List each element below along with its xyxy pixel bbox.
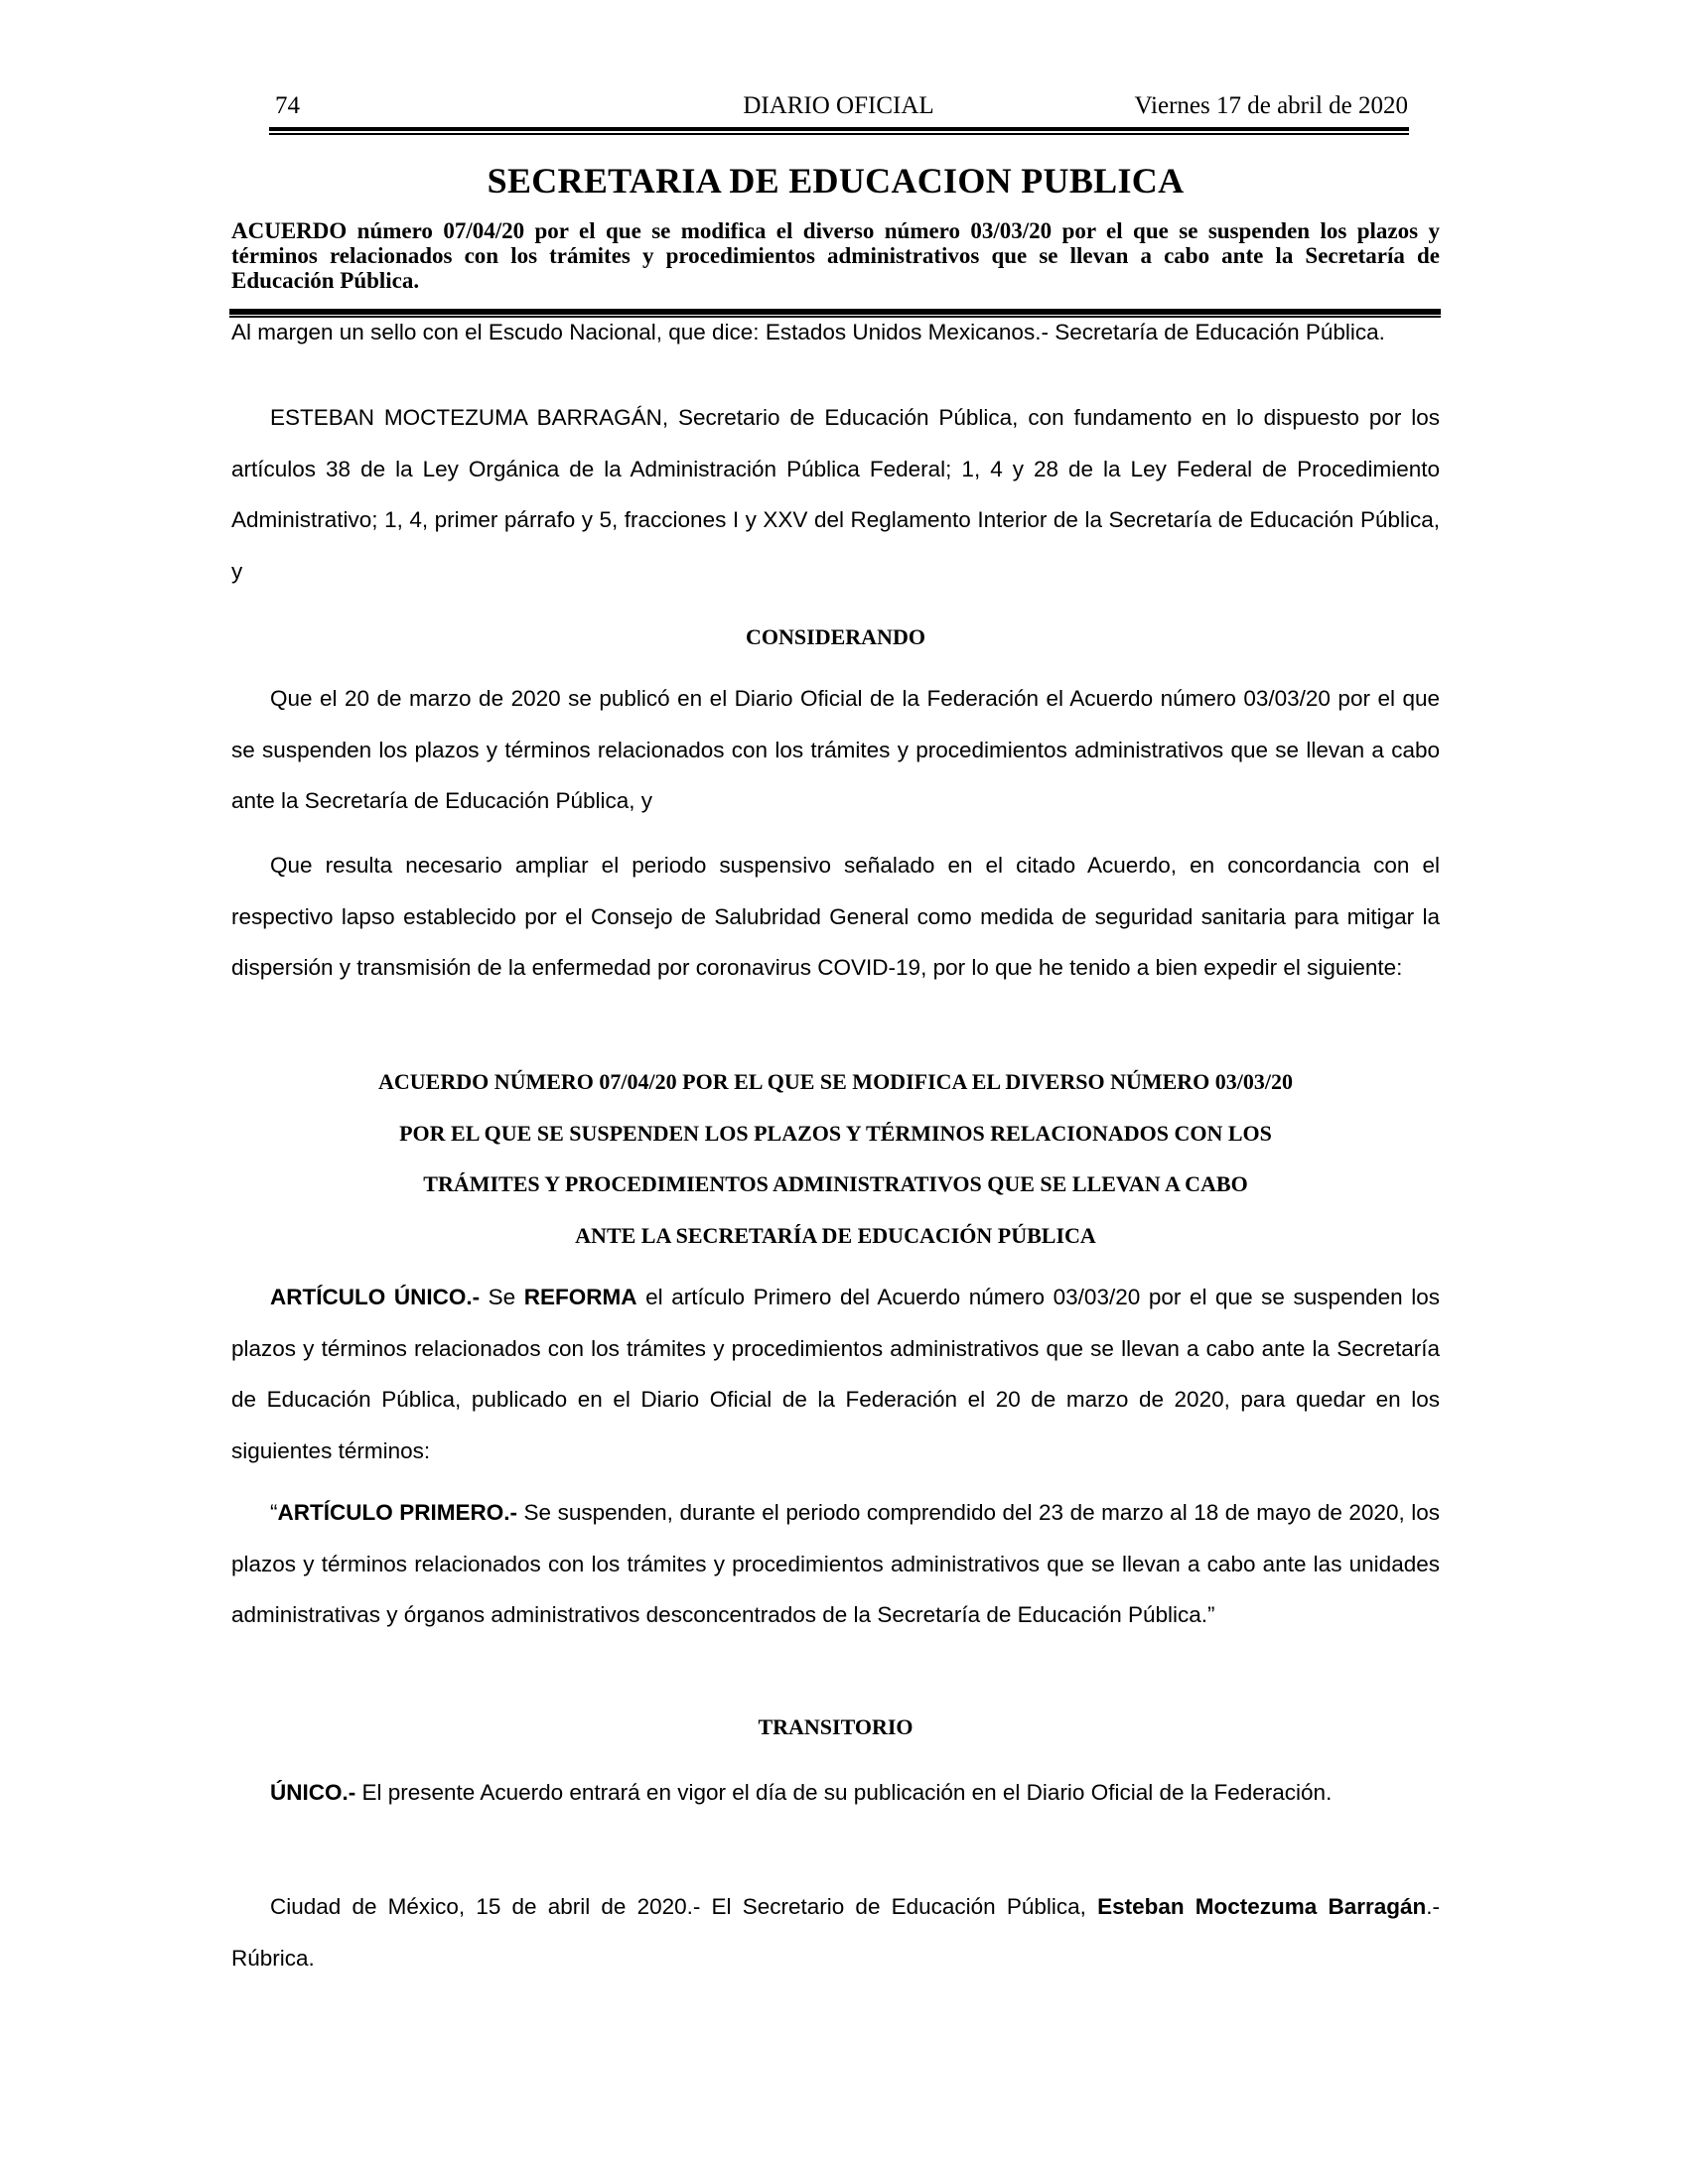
considerando-heading: CONSIDERANDO (231, 623, 1440, 651)
transitorio-label: ÚNICO.- (270, 1780, 355, 1805)
signer-name: Esteban Moctezuma Barragán (1097, 1894, 1426, 1919)
seal-note: Al margen un sello con el Escudo Naciona… (231, 320, 1440, 345)
articulo-unico-paragraph: ARTÍCULO ÚNICO.- Se REFORMA el artículo … (231, 1272, 1440, 1476)
articulo-unico-pre: Se (480, 1285, 524, 1309)
signature-paragraph: Ciudad de México, 15 de abril de 2020.- … (231, 1881, 1440, 1983)
acuerdo-heading-line-1: ACUERDO NÚMERO 07/04/20 POR EL QUE SE MO… (231, 1056, 1440, 1108)
transitorio-paragraph: ÚNICO.- El presente Acuerdo entrará en v… (231, 1767, 1440, 1819)
articulo-primero-paragraph: “ARTÍCULO PRIMERO.- Se suspenden, durant… (231, 1487, 1440, 1641)
articulo-primero-label: ARTÍCULO PRIMERO.- (278, 1500, 518, 1525)
summary-rule-thick (229, 309, 1441, 315)
open-quote: “ (270, 1500, 278, 1525)
acuerdo-heading-line-2: POR EL QUE SE SUSPENDEN LOS PLAZOS Y TÉR… (231, 1108, 1440, 1160)
articulo-unico-label: ARTÍCULO ÚNICO.- (270, 1285, 480, 1309)
publication-date: Viernes 17 de abril de 2020 (1134, 93, 1408, 119)
document-summary: ACUERDO número 07/04/20 por el que se mo… (231, 218, 1440, 293)
considerando-paragraph-1: Que el 20 de marzo de 2020 se publicó en… (231, 673, 1440, 827)
header-rule-thin (269, 133, 1409, 135)
preamble-paragraph: ESTEBAN MOCTEZUMA BARRAGÁN, Secretario d… (231, 392, 1440, 597)
header-double-rule (269, 127, 1409, 135)
considerando-paragraph-2: Que resulta necesario ampliar el periodo… (231, 840, 1440, 994)
transitorio-text: El presente Acuerdo entrará en vigor el … (355, 1780, 1332, 1805)
summary-rule-thin (229, 316, 1441, 318)
section-title: SECRETARIA DE EDUCACION PUBLICA (231, 159, 1440, 203)
header-rule-thick (269, 127, 1409, 131)
articulo-unico-verb: REFORMA (524, 1285, 637, 1309)
acuerdo-heading-line-3: TRÁMITES Y PROCEDIMIENTOS ADMINISTRATIVO… (231, 1159, 1440, 1210)
transitorio-heading: TRANSITORIO (231, 1713, 1440, 1741)
acuerdo-heading: ACUERDO NÚMERO 07/04/20 POR EL QUE SE MO… (231, 1056, 1440, 1261)
running-header: 74 DIARIO OFICIAL Viernes 17 de abril de… (269, 93, 1408, 119)
acuerdo-heading-line-4: ANTE LA SECRETARÍA DE EDUCACIÓN PÚBLICA (231, 1210, 1440, 1262)
articulo-unico-text: el artículo Primero del Acuerdo número 0… (231, 1285, 1440, 1463)
summary-double-rule (229, 309, 1441, 318)
signature-text: Ciudad de México, 15 de abril de 2020.- … (270, 1894, 1097, 1919)
